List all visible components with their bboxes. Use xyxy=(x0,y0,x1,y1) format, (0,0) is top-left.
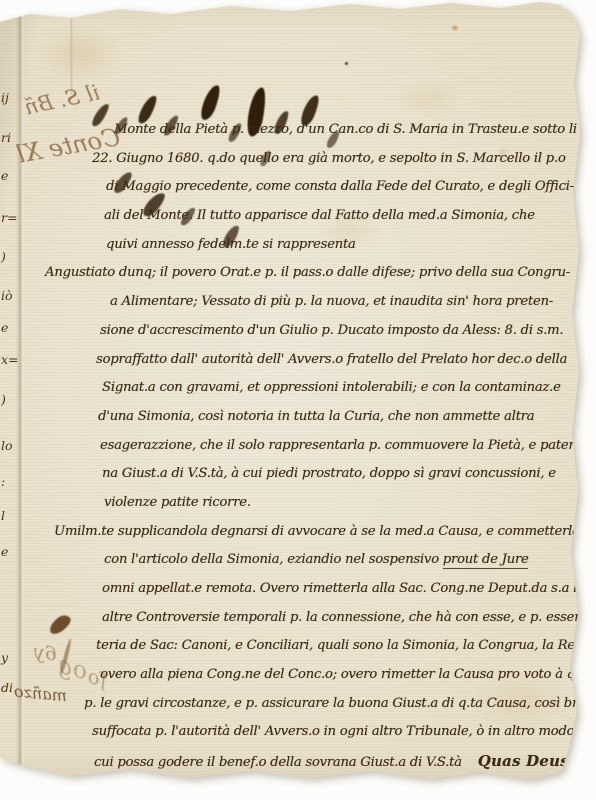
line-text: suffocata p. l'autorità dell' Avvers.o i… xyxy=(92,724,582,739)
manuscript-line: esagerazzione, che il solo rappresentarl… xyxy=(100,432,581,461)
closing-formula: Quas Deus & xyxy=(478,752,582,770)
line-text: Angustiato dunq; il povero Orat.e p. il … xyxy=(45,265,570,280)
paper-crease xyxy=(70,2,73,94)
manuscript-line: omni appellat.e remota. Overo rimetterla… xyxy=(102,575,581,604)
line-text: p. le gravi circostanze, e p. assicurare… xyxy=(84,696,582,711)
line-text: teria de Sac: Canoni, e Conciliari, qual… xyxy=(96,638,582,653)
line-text: Signat.a con gravami, et oppressioni int… xyxy=(102,380,561,395)
manuscript-line: Umilm.te supplicandola degnarsi di avvoc… xyxy=(54,518,581,547)
adjacent-page-text-fragment: ) xyxy=(1,249,17,264)
adjacent-page-text-fragment: e xyxy=(1,320,17,335)
manuscript-line: di Maggio precedente, come consta dalla … xyxy=(106,173,581,202)
manuscript-line: 22. Giugno 1680. q.do quello era già mor… xyxy=(92,145,581,174)
manuscript-line: Signat.a con gravami, et oppressioni int… xyxy=(102,374,581,403)
manuscript-line: Monte della Pietà p. mezzo, d'un Can.co … xyxy=(114,116,581,145)
manuscript-line: overo alla piena Cong.ne del Conc.o; ove… xyxy=(100,661,581,690)
line-text: Umilm.te supplicandola degnarsi di avvoc… xyxy=(54,524,580,539)
manuscript-line: p. le gravi circostanze, e p. assicurare… xyxy=(84,690,581,719)
adjacent-page-text-fragment: e xyxy=(1,544,17,559)
line-text: con l'articolo della Simonia, eziandio n… xyxy=(104,552,443,567)
adjacent-page-text-fragment: : xyxy=(1,474,17,489)
line-text: altre Controversie temporali p. la conne… xyxy=(102,610,582,625)
line-text: 22. Giugno 1680. q.do quello era già mor… xyxy=(92,151,566,166)
line-text: di Maggio precedente, come consta dalla … xyxy=(106,179,574,194)
manuscript-line: na Giust.a di V.S.tà, à cui piedi prostr… xyxy=(102,460,581,489)
manuscript-line: teria de Sac: Canoni, e Conciliari, qual… xyxy=(96,632,581,661)
line-text: sopraffatto dall' autorità dell' Avvers.… xyxy=(96,352,567,367)
manuscript-scan: ij ri e r= ) iò e x= ) lo : l e y di il … xyxy=(0,2,582,784)
adjacent-page-text-fragment: x= xyxy=(1,352,17,367)
adjacent-page-text-fragment: ij xyxy=(1,90,17,105)
line-text: a Alimentare; Vessato di più p. la nuova… xyxy=(110,294,553,309)
line-text: d'una Simonia, così notoria in tutta la … xyxy=(98,409,534,424)
underlined-latin-phrase: prout de Jure xyxy=(443,552,529,569)
adjacent-page-edge xyxy=(16,2,24,784)
line-text: quivi annesso fedelm.te si rappresenta xyxy=(106,237,356,252)
manuscript-line: quivi annesso fedelm.te si rappresenta xyxy=(106,231,581,260)
manuscript-line: Angustiato dunq; il povero Orat.e p. il … xyxy=(45,259,581,288)
adjacent-page-text-fragment: lo xyxy=(1,438,17,453)
manuscript-line: sione d'accrescimento d'un Giulio p. Duc… xyxy=(100,317,581,346)
adjacent-page-text-fragment: e xyxy=(1,168,17,183)
line-text: cui possa godere il benef.o della sovran… xyxy=(94,755,462,770)
line-text: omni appellat.e remota. Overo rimetterla… xyxy=(102,581,582,596)
manuscript-line: sopraffatto dall' autorità dell' Avvers.… xyxy=(96,346,581,375)
adjacent-page-text-fragment: y xyxy=(1,650,17,665)
manuscript-line: a Alimentare; Vessato di più p. la nuova… xyxy=(110,288,581,317)
manuscript-line: suffocata p. l'autorità dell' Avvers.o i… xyxy=(92,718,581,747)
adjacent-page-text-fragment: l xyxy=(1,508,17,523)
line-text: esagerazzione, che il solo rappresentarl… xyxy=(100,438,579,453)
manuscript-line: cui possa godere il benef.o della sovran… xyxy=(94,747,581,776)
line-text: Monte della Pietà p. mezzo, d'un Can.co … xyxy=(114,122,577,137)
ink-dot xyxy=(345,62,348,65)
manuscript-line: con l'articolo della Simonia, eziandio n… xyxy=(104,546,581,575)
adjacent-page-text-fragment: iò xyxy=(1,288,17,303)
manuscript-text-block: Monte della Pietà p. mezzo, d'un Can.co … xyxy=(40,116,581,776)
ink-showthrough: il S. Bñ xyxy=(22,80,101,119)
line-text: violenze patite ricorre. xyxy=(104,495,251,510)
manuscript-line: ali del Monte. Il tutto apparisce dal Fa… xyxy=(104,202,581,231)
line-text: ali del Monte. Il tutto apparisce dal Fa… xyxy=(104,208,535,223)
line-text: sione d'accrescimento d'un Giulio p. Duc… xyxy=(100,323,563,338)
line-text: na Giust.a di V.S.tà, à cui piedi prostr… xyxy=(102,466,556,481)
manuscript-page: ij ri e r= ) iò e x= ) lo : l e y di il … xyxy=(0,2,582,784)
adjacent-page-text-fragment: r= xyxy=(1,210,17,225)
line-text: overo alla piena Cong.ne del Conc.o; ove… xyxy=(100,667,582,682)
manuscript-line: violenze patite ricorre. xyxy=(104,489,581,518)
adjacent-page-text-fragment: ) xyxy=(1,392,17,407)
manuscript-line: altre Controversie temporali p. la conne… xyxy=(102,604,581,633)
manuscript-line: d'una Simonia, così notoria in tutta la … xyxy=(98,403,581,432)
